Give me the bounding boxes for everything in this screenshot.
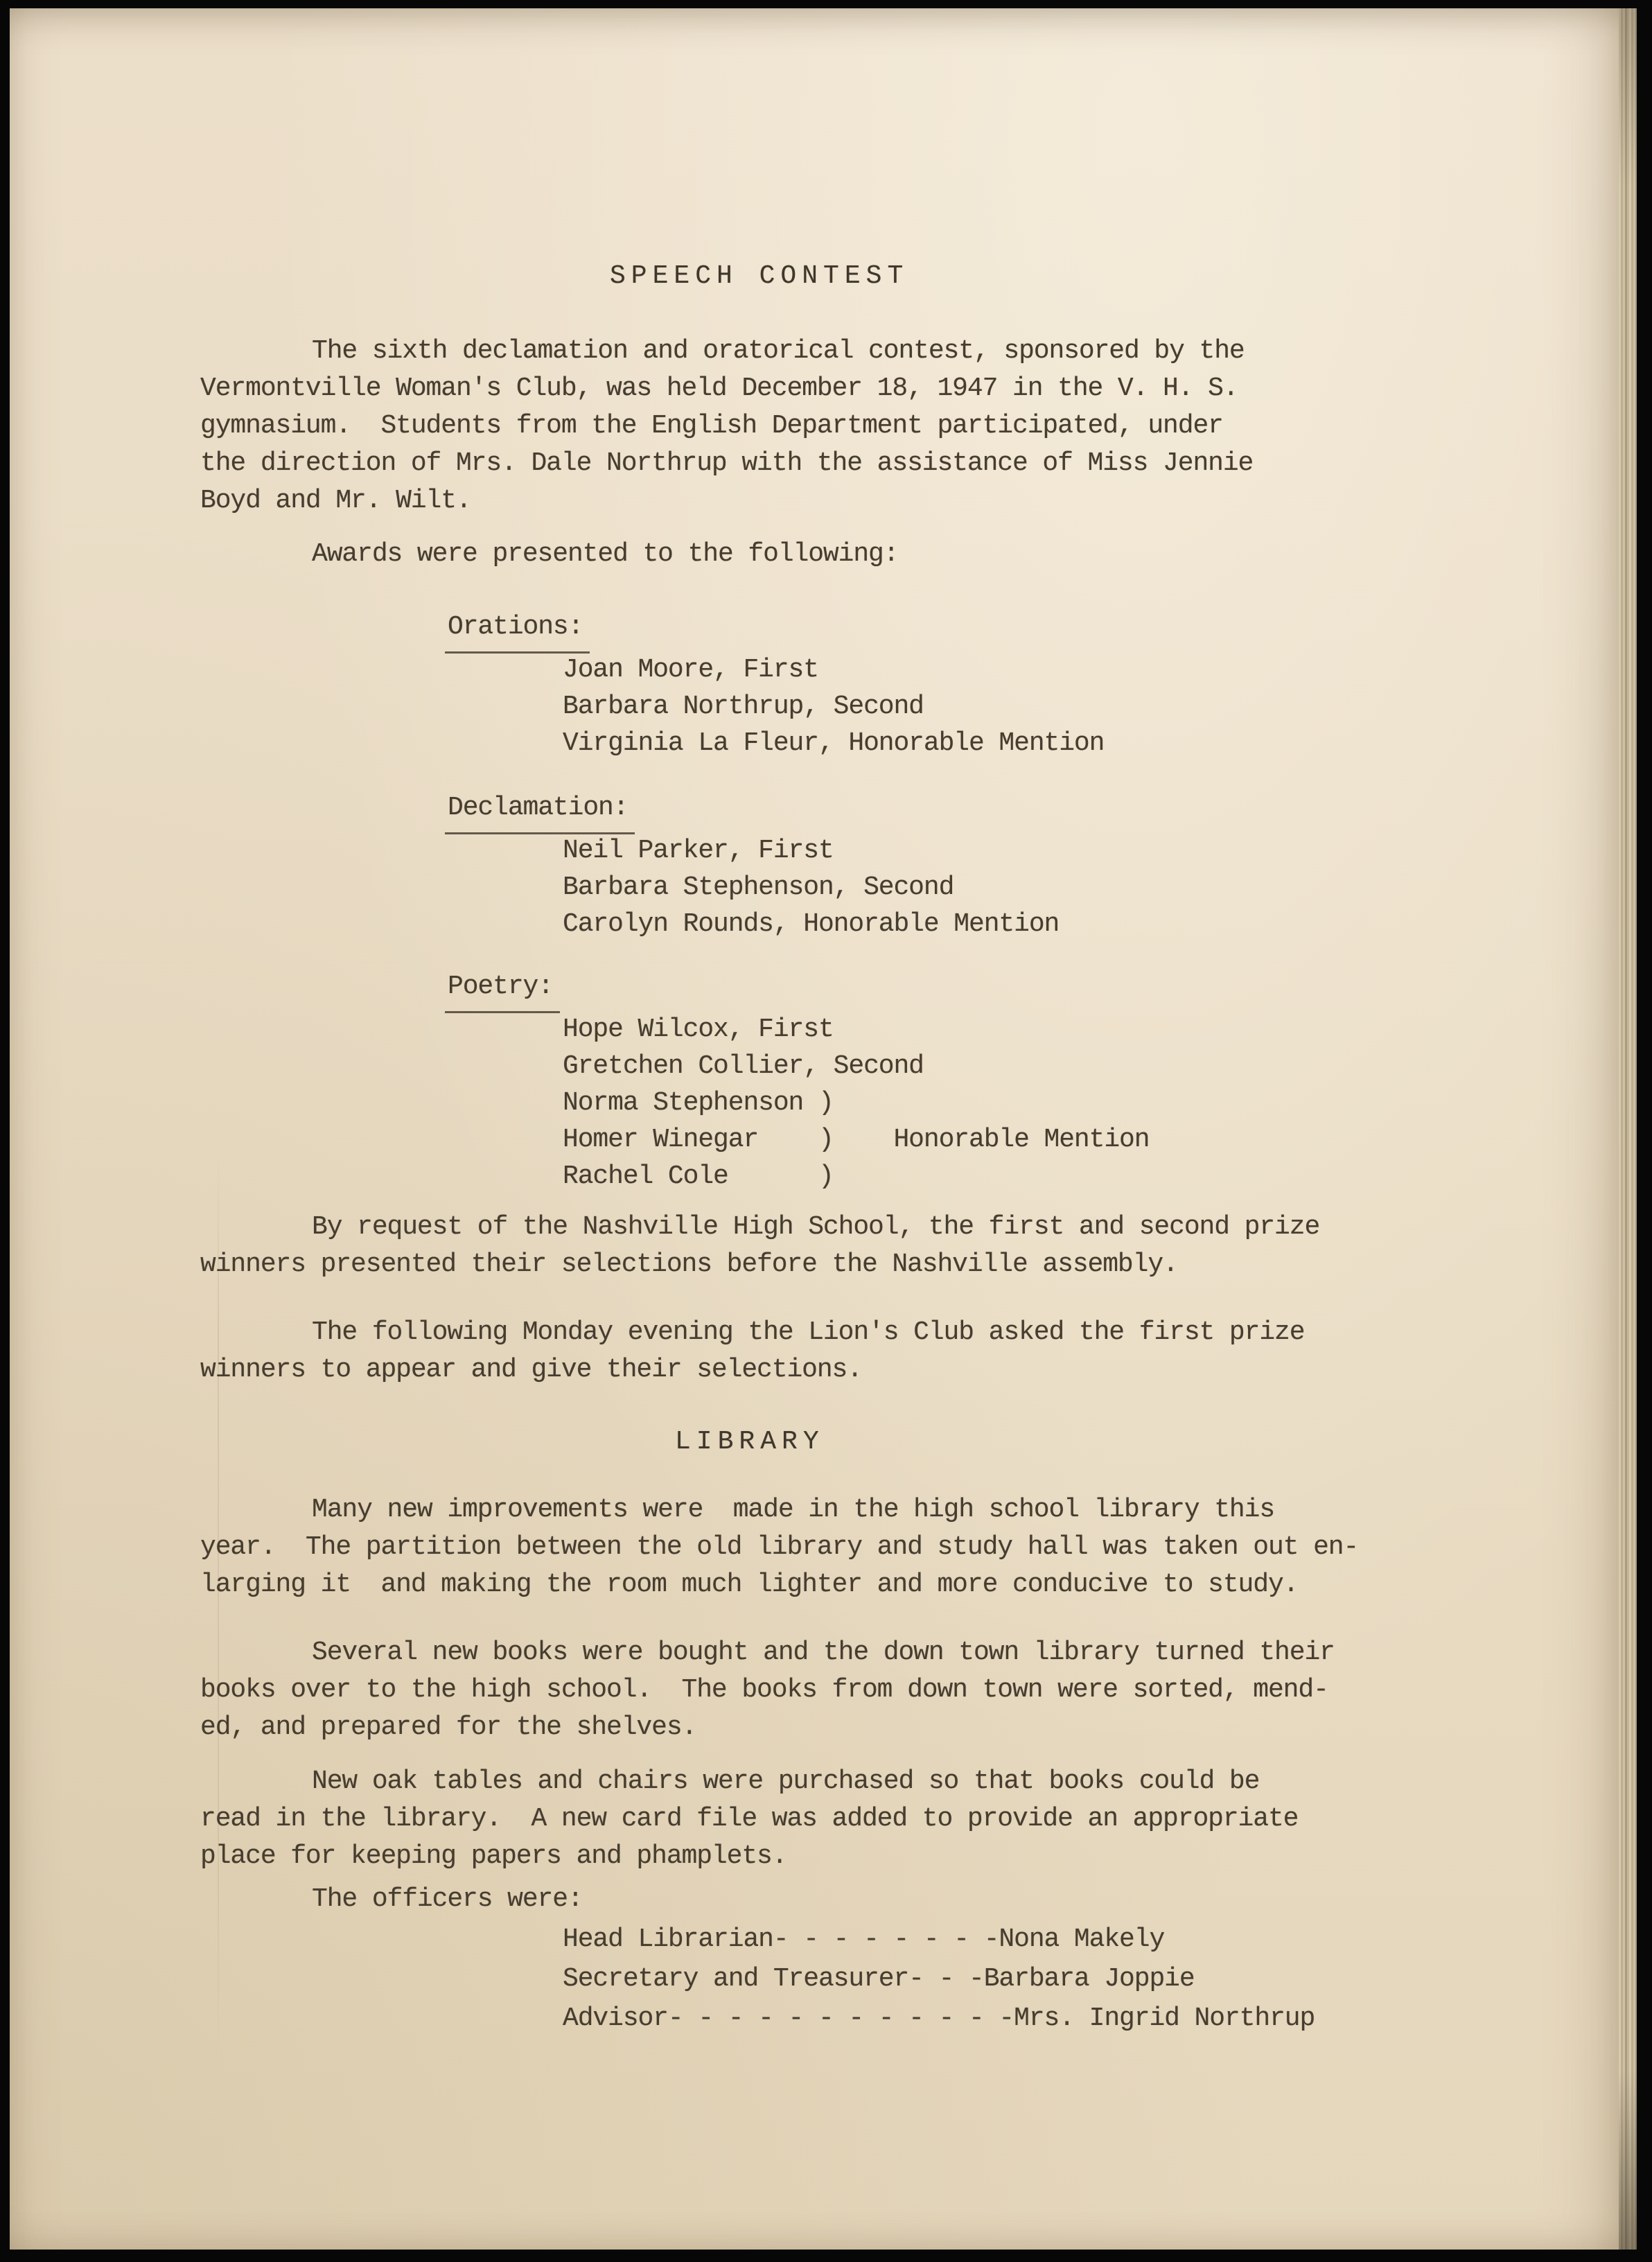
paragraph-line: winners to appear and give their selecti… bbox=[200, 1351, 1577, 1389]
nashville-paragraph: By request of the Nashville High School,… bbox=[200, 1209, 1577, 1283]
paragraph-line: the direction of Mrs. Dale Northrup with… bbox=[200, 445, 1577, 482]
paragraph-line: winners presented their selections befor… bbox=[200, 1246, 1577, 1283]
library-books-paragraph: Several new books were bought and the do… bbox=[200, 1634, 1577, 1746]
officers-intro: The officers were: bbox=[200, 1881, 1577, 1918]
category-heading: Orations: bbox=[200, 608, 1577, 651]
library-title: LIBRARY bbox=[675, 1423, 1577, 1461]
category-entries: Hope Wilcox, First Gretchen Collier, Sec… bbox=[200, 1011, 1577, 1195]
award-entry: Neil Parker, First bbox=[200, 832, 1577, 869]
award-entry: Rachel Cole ) bbox=[200, 1158, 1577, 1195]
paragraph-line: The following Monday evening the Lion's … bbox=[200, 1314, 1577, 1351]
library-improvements-paragraph: Many new improvements were made in the h… bbox=[200, 1491, 1577, 1604]
award-entry: Hope Wilcox, First bbox=[200, 1011, 1577, 1048]
paragraph-line: place for keeping papers and phamplets. bbox=[200, 1838, 1577, 1875]
paragraph-line: New oak tables and chairs were purchased… bbox=[200, 1763, 1577, 1800]
award-entry: Virginia La Fleur, Honorable Mention bbox=[200, 725, 1577, 762]
paragraph-line: ed, and prepared for the shelves. bbox=[200, 1709, 1577, 1746]
officer-line: Advisor- - - - - - - - - - - -Mrs. Ingri… bbox=[200, 1999, 1577, 2038]
page: SPEECH CONTEST The sixth declamation and… bbox=[10, 8, 1619, 2250]
category-heading-text: Poetry: bbox=[445, 968, 560, 1013]
award-entry: Norma Stephenson ) bbox=[200, 1085, 1577, 1121]
category-declamation: Declamation: Neil Parker, First Barbara … bbox=[200, 789, 1577, 942]
award-entry: Carolyn Rounds, Honorable Mention bbox=[200, 906, 1577, 942]
speech-intro-paragraph: The sixth declamation and oratorical con… bbox=[200, 333, 1577, 520]
category-orations: Orations: Joan Moore, First Barbara Nort… bbox=[200, 608, 1577, 762]
paragraph-line: Vermontville Woman's Club, was held Dece… bbox=[200, 370, 1577, 407]
paragraph-line: Many new improvements were made in the h… bbox=[200, 1491, 1577, 1529]
category-entries: Joan Moore, First Barbara Northrup, Seco… bbox=[200, 651, 1577, 762]
paragraph-line: read in the library. A new card file was… bbox=[200, 1800, 1577, 1838]
awards-intro-paragraph: Awards were presented to the following: bbox=[200, 536, 1577, 573]
category-heading-text: Orations: bbox=[445, 608, 590, 654]
award-entry: Barbara Northrup, Second bbox=[200, 688, 1577, 725]
lions-club-paragraph: The following Monday evening the Lion's … bbox=[200, 1314, 1577, 1389]
paragraph-line: books over to the high school. The books… bbox=[200, 1672, 1577, 1709]
award-entry: Homer Winegar ) Honorable Mention bbox=[200, 1121, 1577, 1158]
paragraph-line: The officers were: bbox=[200, 1881, 1577, 1918]
category-heading-text: Declamation: bbox=[445, 789, 635, 834]
speech-contest-title: SPEECH CONTEST bbox=[610, 258, 1577, 295]
officer-line: Head Librarian- - - - - - - -Nona Makely bbox=[200, 1920, 1577, 1959]
page-content: SPEECH CONTEST The sixth declamation and… bbox=[10, 8, 1619, 2250]
award-entry: Barbara Stephenson, Second bbox=[200, 869, 1577, 906]
award-entry: Joan Moore, First bbox=[200, 651, 1577, 688]
paragraph-line: Boyd and Mr. Wilt. bbox=[200, 482, 1577, 520]
paragraph-line: Awards were presented to the following: bbox=[200, 536, 1577, 573]
paragraph-line: Several new books were bought and the do… bbox=[200, 1634, 1577, 1672]
paragraph-line: gymnasium. Students from the English Dep… bbox=[200, 407, 1577, 445]
category-poetry: Poetry: Hope Wilcox, First Gretchen Coll… bbox=[200, 968, 1577, 1195]
category-entries: Neil Parker, First Barbara Stephenson, S… bbox=[200, 832, 1577, 942]
book-fore-edge bbox=[1619, 8, 1637, 2250]
category-heading: Poetry: bbox=[200, 968, 1577, 1011]
library-furniture-paragraph: New oak tables and chairs were purchased… bbox=[200, 1763, 1577, 1875]
category-heading: Declamation: bbox=[200, 789, 1577, 832]
paragraph-line: The sixth declamation and oratorical con… bbox=[200, 333, 1577, 370]
award-entry: Gretchen Collier, Second bbox=[200, 1048, 1577, 1085]
paragraph-line: year. The partition between the old libr… bbox=[200, 1529, 1577, 1566]
paragraph-line: By request of the Nashville High School,… bbox=[200, 1209, 1577, 1246]
paragraph-line: larging it and making the room much ligh… bbox=[200, 1566, 1577, 1604]
officers-list: Head Librarian- - - - - - - -Nona Makely… bbox=[200, 1920, 1577, 2038]
officer-line: Secretary and Treasurer- - -Barbara Jopp… bbox=[200, 1959, 1577, 1999]
